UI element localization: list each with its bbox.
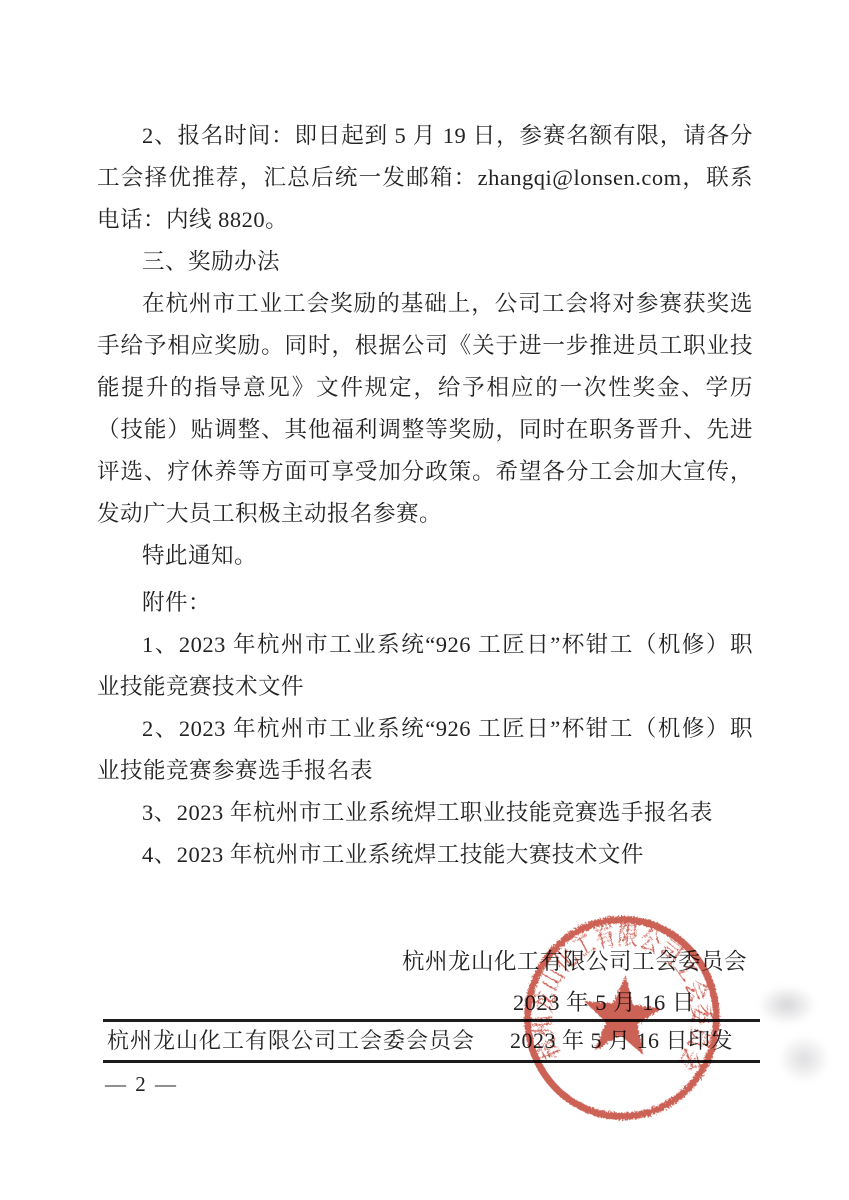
- star-icon: [580, 972, 665, 1057]
- section-heading: 三、奖励办法: [97, 241, 753, 283]
- official-seal-stamp: 杭州龙山化工有限公司工会委员会: [504, 895, 740, 1141]
- attachment-item: 业技能竞赛参赛选手报名表: [97, 750, 753, 792]
- scan-smudge: [778, 1035, 830, 1083]
- text-line: 发动广大员工积极主动报名参赛。: [97, 493, 753, 535]
- text-line: 手给予相应奖励。同时，根据公司《关于进一步推进员工职业技: [97, 325, 753, 367]
- document-body: 2、报名时间：即日起到 5 月 19 日，参赛名额有限，请各分 工会择优推荐，汇…: [97, 115, 753, 876]
- text-line: 2、报名时间：即日起到 5 月 19 日，参赛名额有限，请各分: [97, 115, 753, 157]
- scan-smudge: [758, 985, 816, 1025]
- text-line: 电话：内线 8820。: [97, 199, 753, 241]
- attachment-item: 4、2023 年杭州市工业系统焊工技能大赛技术文件: [97, 834, 753, 876]
- text-line: 工会择优推荐，汇总后统一发邮箱：zhangqi@lonsen.com，联系: [97, 157, 753, 199]
- attachment-item: 1、2023 年杭州市工业系统“926 工匠日”杯钳工（机修）职: [97, 624, 753, 666]
- text-line: 能提升的指导意见》文件规定，给予相应的一次性奖金、学历: [97, 367, 753, 409]
- document-page: 2、报名时间：即日起到 5 月 19 日，参赛名额有限，请各分 工会择优推荐，汇…: [0, 0, 849, 1200]
- attachment-item: 业技能竞赛技术文件: [97, 666, 753, 708]
- attachment-item: 2、2023 年杭州市工业系统“926 工匠日”杯钳工（机修）职: [97, 708, 753, 750]
- attachments-heading: 附件：: [97, 582, 753, 624]
- text-line: 评选、疗休养等方面可享受加分政策。希望各分工会加大宣传，: [97, 451, 753, 493]
- page-number: — 2 —: [105, 1072, 178, 1097]
- footer-issuer: 杭州龙山化工有限公司工会委会员会: [107, 1026, 475, 1056]
- text-line: 在杭州市工业工会奖励的基础上，公司工会将对参赛获奖选: [97, 283, 753, 325]
- attachment-item: 3、2023 年杭州市工业系统焊工职业技能竞赛选手报名表: [97, 792, 753, 834]
- text-line: （技能）贴调整、其他福利调整等奖励，同时在职务晋升、先进: [97, 409, 753, 451]
- text-line: 特此通知。: [97, 535, 753, 577]
